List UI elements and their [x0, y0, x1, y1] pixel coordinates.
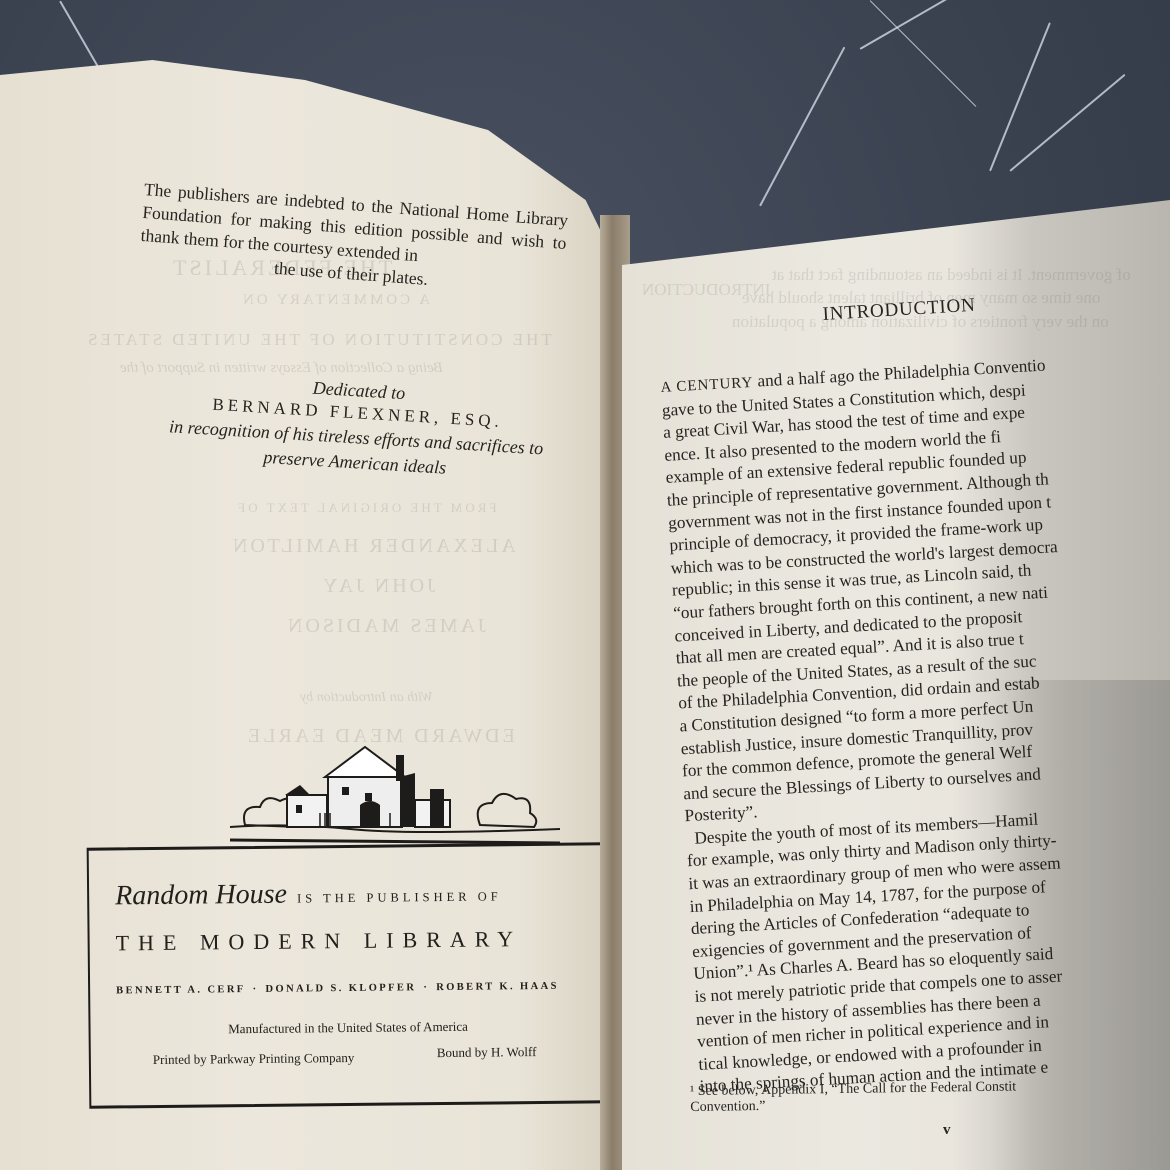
binder-credit: Bound by H. Wolff	[437, 1044, 537, 1061]
publisher-people: BENNETT A. CERF·DONALD S. KLOPFER·ROBERT…	[116, 981, 559, 997]
house-illustration-icon	[230, 745, 560, 855]
marble-vein	[759, 47, 845, 207]
person-name: DONALD S. KLOPFER	[265, 982, 416, 995]
person-name: BENNETT A. CERF	[116, 984, 246, 996]
page-number: v	[943, 1122, 951, 1139]
bleed-through-text: of government. It is indeed an astoundin…	[772, 265, 1131, 285]
marble-vein	[989, 22, 1051, 171]
footnote: ¹ See below, Appendix I, “The Call for t…	[690, 1079, 1016, 1116]
introduction-body: A CENTURY and a half ago the Philadelphi…	[660, 346, 1170, 1099]
bleed-through-text: ALEXANDER HAMILTON	[230, 535, 516, 558]
marble-vein	[870, 0, 977, 107]
publisher-name: Random House	[115, 879, 287, 912]
small-caps-lead: A CENTURY	[660, 375, 754, 396]
bleed-through-text: JOHN JAY	[320, 575, 435, 598]
bleed-through-text: With an Introduction by	[300, 690, 433, 706]
bleed-through-text: THE CONSTITUTION OF THE UNITED STATES	[85, 330, 552, 350]
marble-vein	[1009, 74, 1125, 172]
bleed-through-text: FROM THE ORIGINAL TEXT OF	[235, 500, 497, 516]
publisher-imprint-box: Random House IS THE PUBLISHER OF THE MOD…	[87, 842, 609, 1108]
publisher-tail: IS THE PUBLISHER OF	[297, 889, 502, 905]
bleed-through-text: A COMMENTARY ON	[240, 292, 430, 309]
person-name: ROBERT K. HAAS	[436, 981, 559, 993]
series-name: THE MODERN LIBRARY	[116, 926, 523, 956]
separator: ·	[423, 982, 429, 993]
manufactured-line: Manufactured in the United States of Ame…	[90, 1017, 605, 1038]
publisher-line: Random House IS THE PUBLISHER OF	[115, 876, 502, 912]
separator: ·	[253, 984, 259, 995]
printer-credit: Printed by Parkway Printing Company	[153, 1050, 355, 1068]
bleed-through-text: JAMES MADISON	[285, 615, 486, 638]
